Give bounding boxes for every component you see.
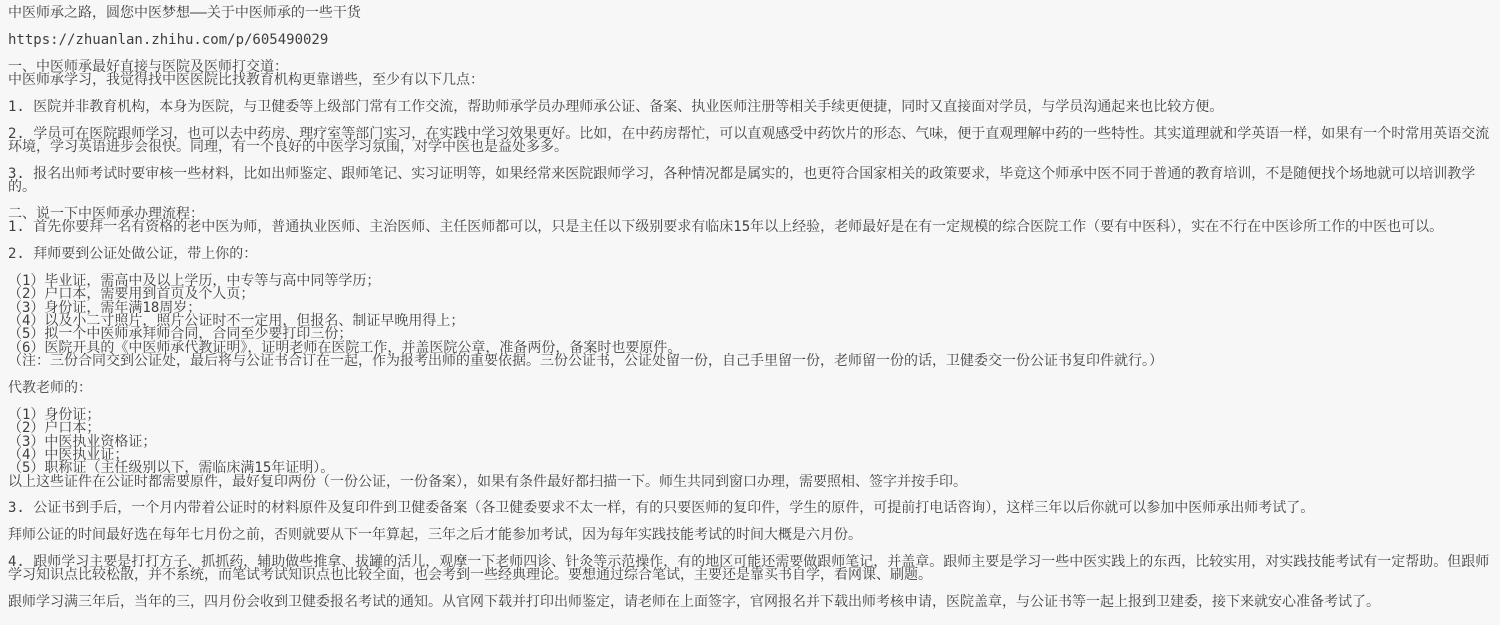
text-line: 环境，学习英语进步会很快。同理，有一个良好的中医学习氛围，对学中医也是益处多多。 [8,141,1492,154]
text-line: 1. 首先你要拜一名有资格的老中医为师，普通执业医师、主治医师、主任医师都可以，… [8,221,1492,234]
text-line: 跟师学习满三年后，当年的三，四月份会收到卫健委报名考试的通知。从官网下载并打印出… [8,596,1492,609]
blank-line [8,194,1492,207]
article-url: https://zhuanlan.zhihu.com/p/605490029 [8,34,1492,47]
text-line: 学习知识点比较松散，并不系统，而笔试考试知识点也比较全面，也会考到一些经典理论。… [8,569,1492,582]
text-line: 1. 医院并非教育机构，本身为医院，与卫健委等上级部门常有工作交流，帮助师承学员… [8,101,1492,114]
text-line: 中医师承学习，我觉得找中医医院比找教育机构更靠谱些，至少有以下几点： [8,74,1492,87]
text-line: （1）身份证； [8,409,1492,422]
text-line: 拜师公证的时间最好选在每年七月份之前，否则就要从下一年算起，三年之后才能参加考试… [8,529,1492,542]
blank-line [8,395,1492,408]
document-body: 中医师承之路，圆您中医梦想——关于中医师承的一些干货 https://zhuan… [0,0,1500,625]
blank-line [8,369,1492,382]
text-line: （注：三份合同交到公证处，最后将与公证书合订在一起，作为报考出师的重要依据。三份… [8,355,1492,368]
text-line: 代教老师的： [8,382,1492,395]
text-line: 以上这些证件在公证时都需要原件，最好复印两份（一份公证，一份备案），如果有条件最… [8,476,1492,489]
text-line: 的。 [8,181,1492,194]
text-line: 2. 拜师要到公证处做公证，带上你的： [8,248,1492,261]
text-line: （2）户口本； [8,422,1492,435]
article-title: 中医师承之路，圆您中医梦想——关于中医师承的一些干货 [8,7,1492,20]
text-line: 3. 报名出师考试时要审核一些材料，比如出师鉴定、跟师笔记、实习证明等，如果经常… [8,168,1492,181]
text-line: （3）中医执业资格证； [8,436,1492,449]
text-line: （2）户口本，需要用到首页及个人页； [8,288,1492,301]
text-line: 3. 公证书到手后，一个月内带着公证时的材料原件及复印件到卫健委备案（各卫健委要… [8,502,1492,515]
